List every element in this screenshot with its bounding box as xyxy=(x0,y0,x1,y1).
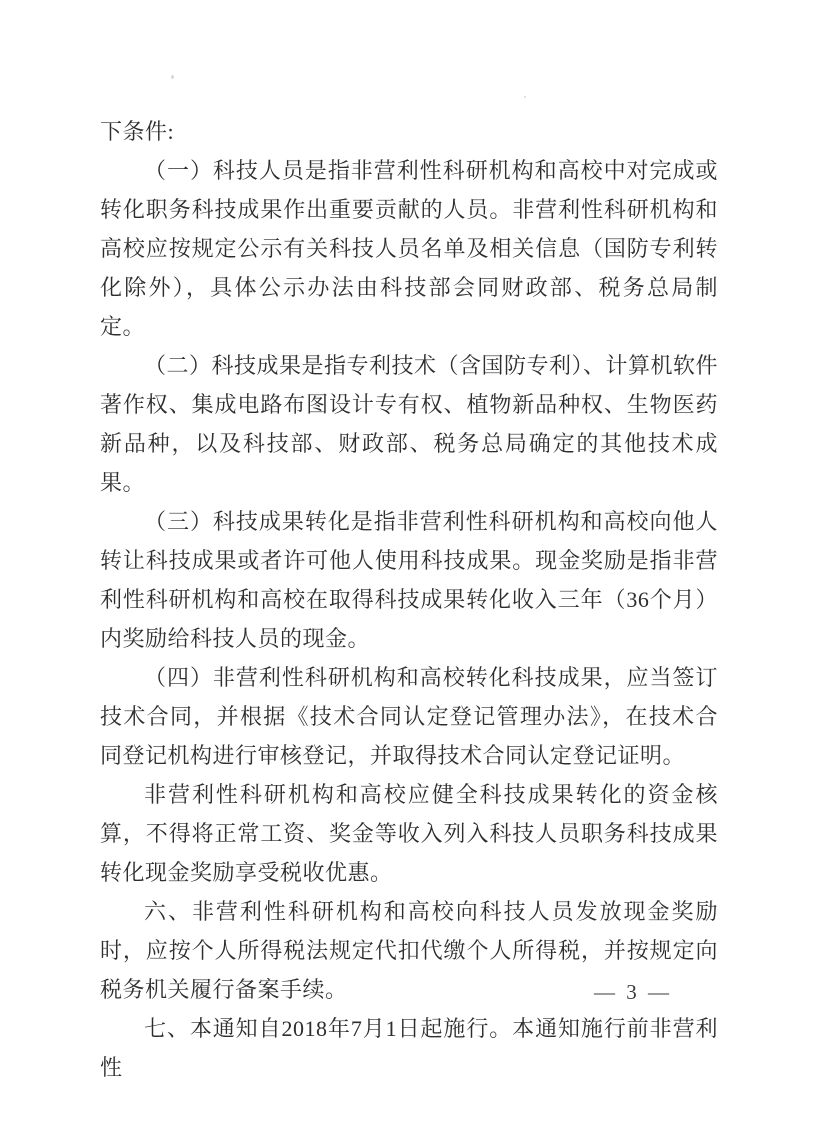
continuation-line: 下条件: xyxy=(100,112,718,151)
document-page: 下条件: （一）科技人员是指非营利性科研机构和高校中对完成或转化职务科技成果作出… xyxy=(0,0,817,1123)
paragraph-item-7: 七、本通知自2018年7月1日起施行。本通知施行前非营利性 xyxy=(100,1009,718,1087)
scan-artifact xyxy=(524,96,526,98)
paragraph-item-4: （四）非营利性科研机构和高校转化科技成果，应当签订技术合同，并根据《技术合同认定… xyxy=(100,658,718,775)
scan-artifact xyxy=(171,75,174,79)
paragraph-item-2: （二）科技成果是指专利技术（含国防专利）、计算机软件著作权、集成电路布图设计专有… xyxy=(100,346,718,502)
document-body: 下条件: （一）科技人员是指非营利性科研机构和高校中对完成或转化职务科技成果作出… xyxy=(100,112,718,1087)
paragraph-item-3: （三）科技成果转化是指非营利性科研机构和高校向他人转让科技成果或者许可他人使用科… xyxy=(100,502,718,658)
paragraph-item-1: （一）科技人员是指非营利性科研机构和高校中对完成或转化职务科技成果作出重要贡献的… xyxy=(100,151,718,346)
page-number: — 3 — xyxy=(594,980,672,1005)
paragraph-item-5: 非营利性科研机构和高校应健全科技成果转化的资金核算，不得将正常工资、奖金等收入列… xyxy=(100,775,718,892)
